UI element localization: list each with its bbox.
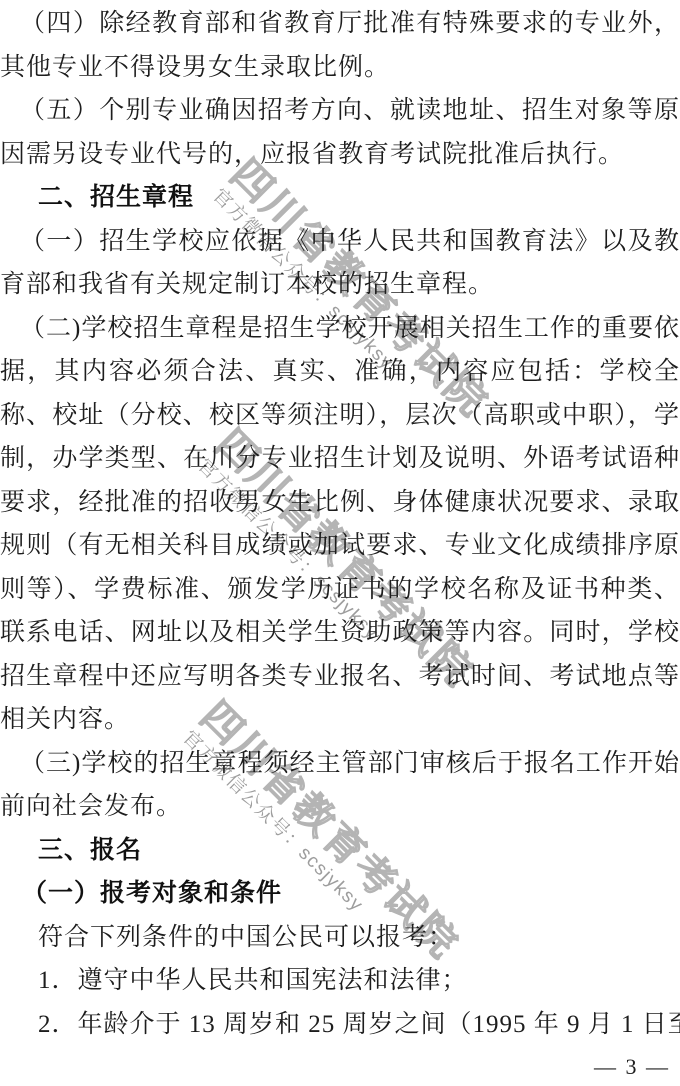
section-heading-3-registration: 三、报名 <box>0 829 680 873</box>
subsection-heading-candidates-conditions: （一）报考对象和条件 <box>0 872 680 916</box>
paragraph-item-4-gender-ratio: （四）除经教育部和省教育厅批准有特殊要求的专业外，其他专业不得设男女生录取比例。 <box>0 2 680 89</box>
paragraph-charter-contents: （二)学校招生章程是招生学校开展相关招生工作的重要依据，其内容必须合法、真实、准… <box>0 307 680 742</box>
section-heading-2-admission-charter: 二、招生章程 <box>0 176 680 220</box>
page-number: — 3 — <box>594 1054 670 1080</box>
document-page: 四川省教育考试院 官方微信公众号：scsjyksy 四川省教育考试院 官方微信公… <box>0 0 680 1086</box>
paragraph-eligibility-intro: 符合下列条件的中国公民可以报考： <box>0 916 680 960</box>
paragraph-condition-2-age: 2．年龄介于 13 周岁和 25 周岁之间（1995 年 9 月 1 日至 20… <box>0 1003 680 1047</box>
document-content: （四）除经教育部和省教育厅批准有特殊要求的专业外，其他专业不得设男女生录取比例。… <box>0 2 680 1046</box>
paragraph-condition-1-law: 1．遵守中华人民共和国宪法和法律； <box>0 959 680 1003</box>
paragraph-charter-review: （三)学校的招生章程须经主管部门审核后于报名工作开始前向社会发布。 <box>0 742 680 829</box>
paragraph-item-5-major-code: （五）个别专业确因招考方向、就读地址、招生对象等原因需另设专业代号的，应报省教育… <box>0 89 680 176</box>
paragraph-charter-basis: （一）招生学校应依据《中华人民共和国教育法》以及教育部和我省有关规定制订本校的招… <box>0 220 680 307</box>
